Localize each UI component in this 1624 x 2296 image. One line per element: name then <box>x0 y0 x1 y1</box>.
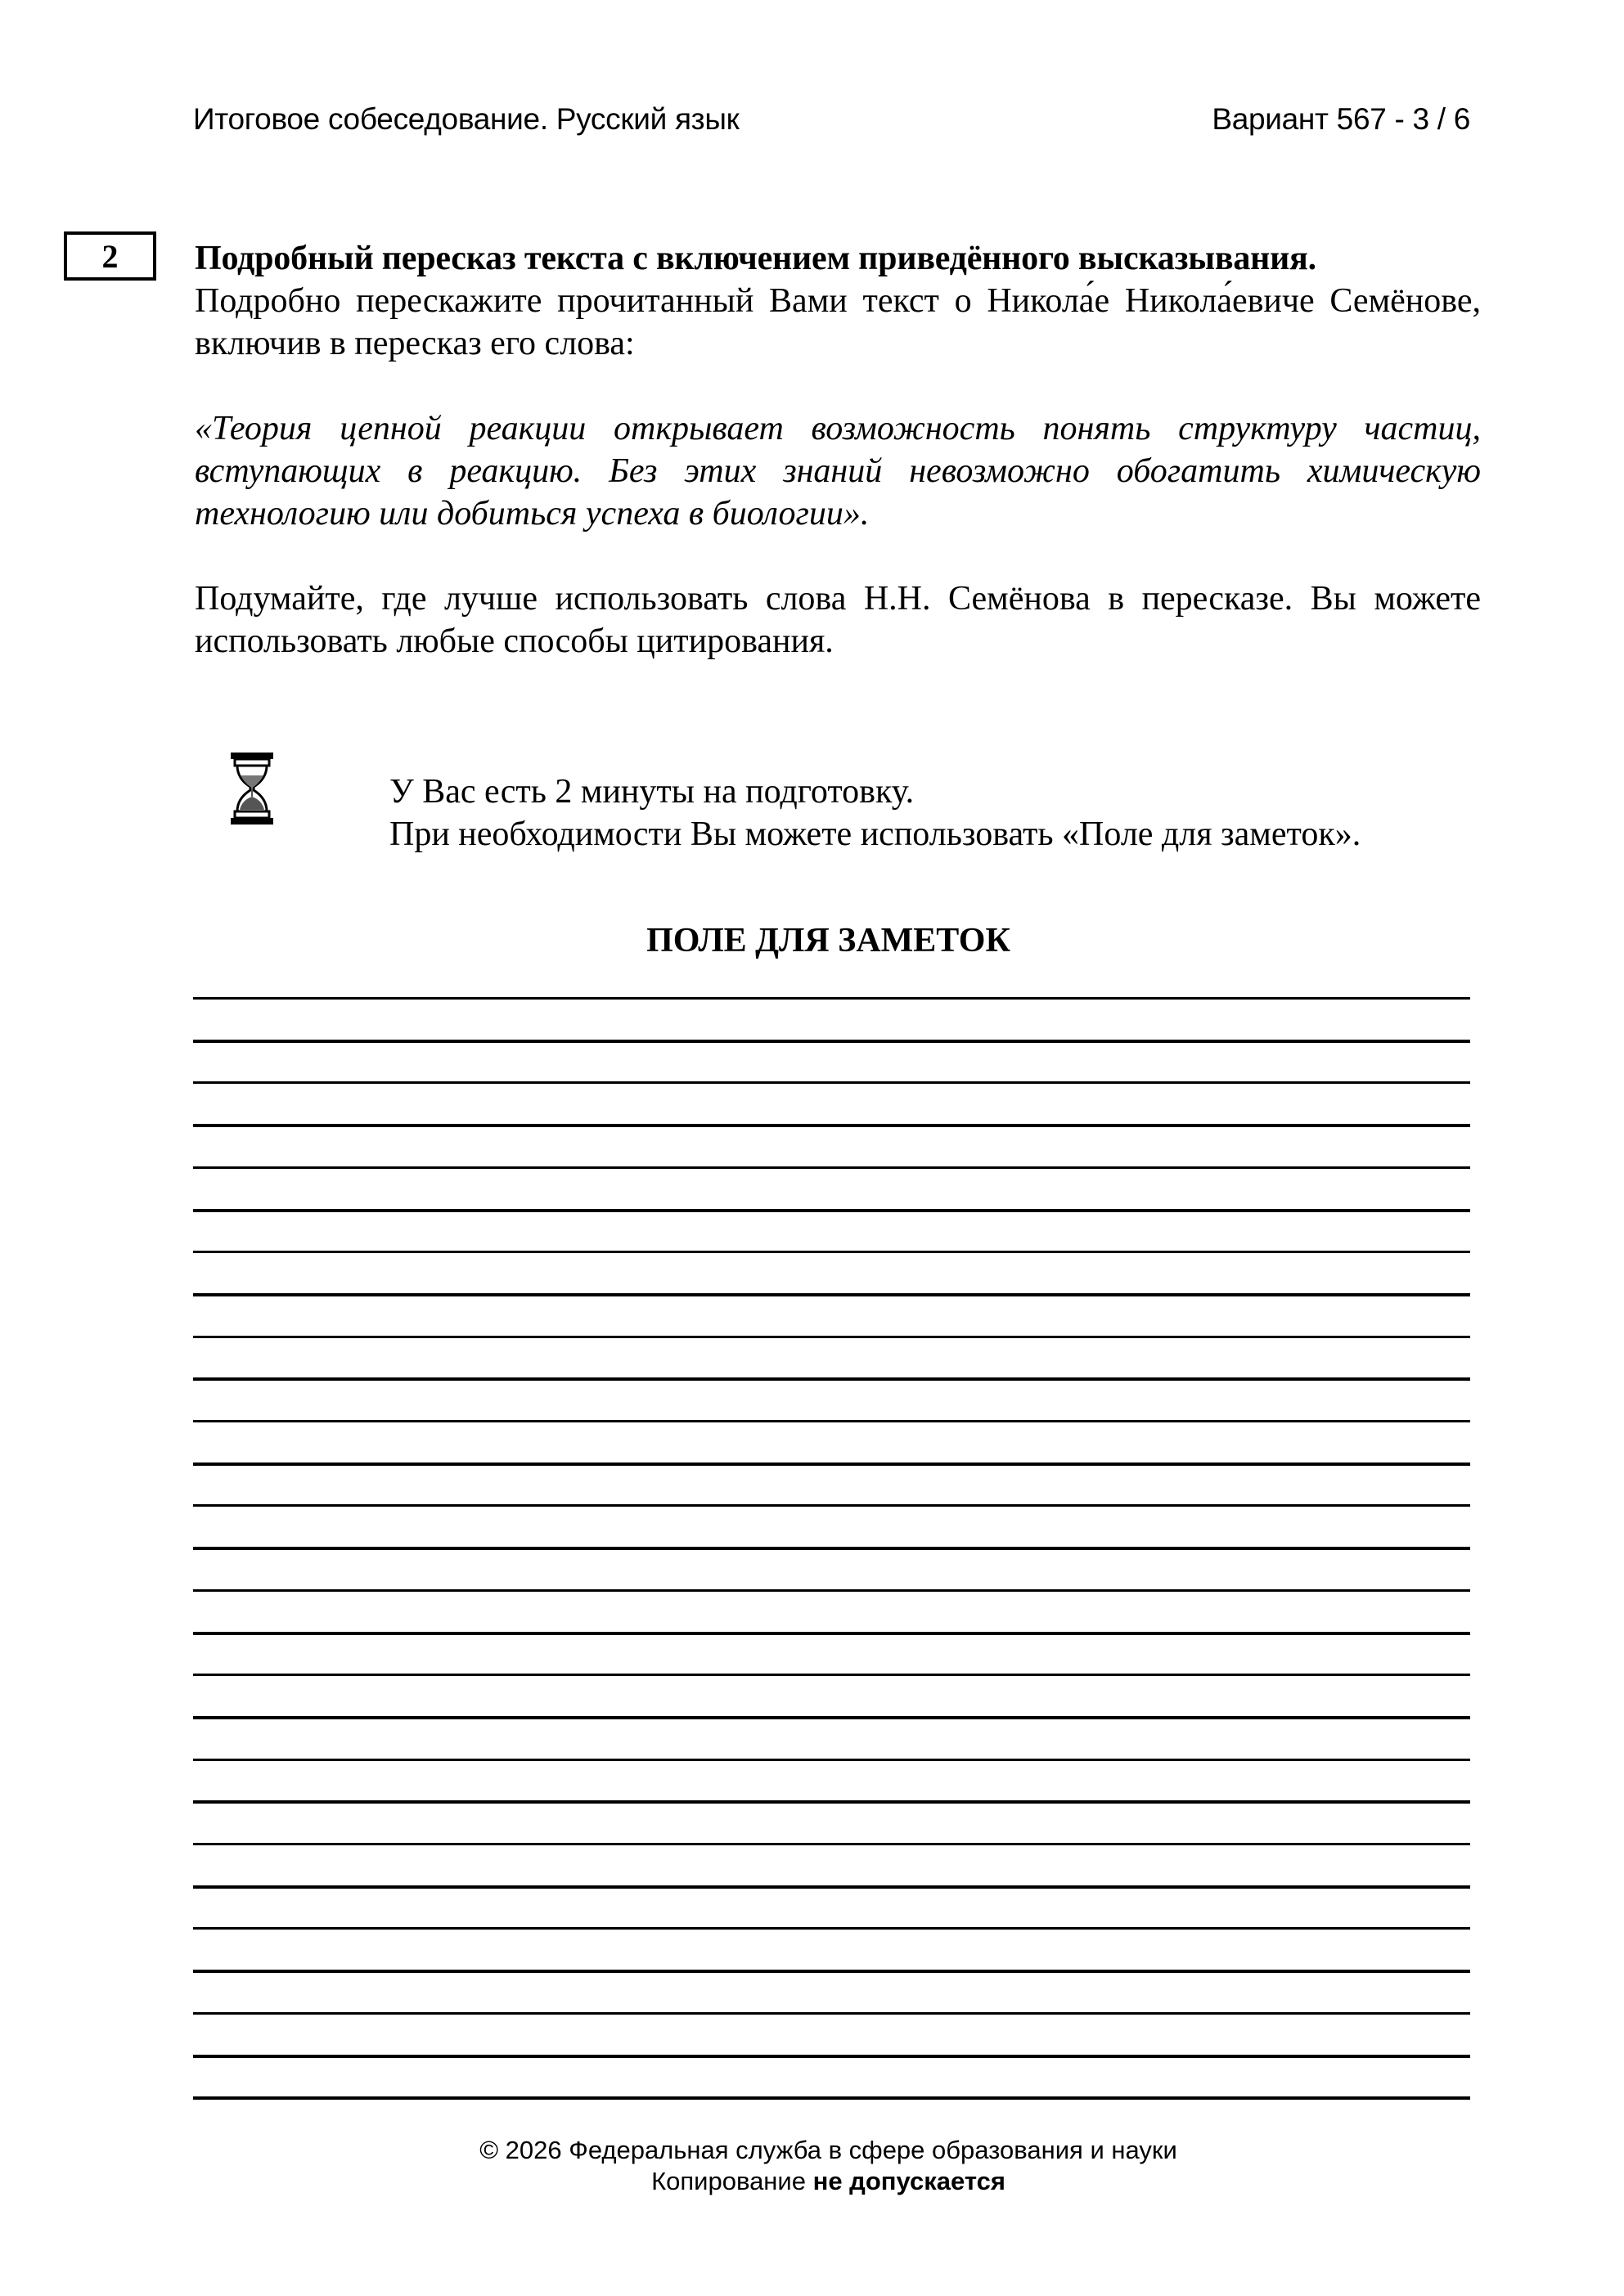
page-header: Итоговое собеседование. Русский язык Вар… <box>193 101 1470 137</box>
note-line[interactable] <box>193 1759 1470 1761</box>
task-title: Подробный пересказ текста с включением п… <box>195 237 1481 280</box>
task-hint: Подумайте, где лучше использовать слова … <box>195 577 1481 663</box>
note-line[interactable] <box>193 997 1470 1000</box>
note-line[interactable] <box>193 1843 1470 1845</box>
task-body: Подробный пересказ текста с включением п… <box>195 237 1481 663</box>
note-line[interactable] <box>193 1293 1470 1296</box>
note-line[interactable] <box>193 1336 1470 1338</box>
note-line[interactable] <box>193 1420 1470 1422</box>
preparation-notes-hint: При необходимости Вы можете использовать… <box>389 813 1361 856</box>
note-line[interactable] <box>193 1589 1470 1592</box>
note-line[interactable] <box>193 1081 1470 1084</box>
note-line[interactable] <box>193 1377 1470 1381</box>
preparation-block: У Вас есть 2 минуты на подготовку. При н… <box>229 751 1361 856</box>
note-line[interactable] <box>193 1504 1470 1507</box>
notes-title: ПОЛЕ ДЛЯ ЗАМЕТОК <box>0 919 1624 962</box>
note-line[interactable] <box>193 1166 1470 1169</box>
variant-page-number: Вариант 567 - 3 / 6 <box>1212 101 1470 137</box>
note-line[interactable] <box>193 1463 1470 1466</box>
task-number: 2 <box>102 237 119 276</box>
page-footer: © 2026 Федеральная служба в сфере образо… <box>0 2135 1624 2197</box>
document-title: Итоговое собеседование. Русский язык <box>193 101 740 137</box>
task-number-box: 2 <box>64 231 156 281</box>
hourglass-icon <box>229 751 278 826</box>
note-line[interactable] <box>193 1800 1470 1804</box>
note-line[interactable] <box>193 1927 1470 1930</box>
note-line[interactable] <box>193 1632 1470 1635</box>
note-line[interactable] <box>193 1251 1470 1253</box>
note-line[interactable] <box>193 1674 1470 1676</box>
preparation-time: У Вас есть 2 минуты на подготовку. <box>389 771 1361 813</box>
note-line[interactable] <box>193 2055 1470 2058</box>
copy-notice-bold: не допускается <box>813 2167 1005 2195</box>
copy-notice: Копирование не допускается <box>33 2166 1624 2197</box>
note-line[interactable] <box>193 2096 1470 2100</box>
note-line[interactable] <box>193 1970 1470 1973</box>
copyright-text: © 2026 Федеральная служба в сфере образо… <box>33 2135 1624 2166</box>
preparation-text: У Вас есть 2 минуты на подготовку. При н… <box>389 771 1361 856</box>
copy-notice-prefix: Копирование <box>651 2167 813 2195</box>
note-line[interactable] <box>193 1124 1470 1127</box>
task-quote: «Теория цепной реакции открывает возможн… <box>195 407 1481 535</box>
task-intro: Подробно перескажите прочитанный Вами те… <box>195 280 1481 365</box>
note-line[interactable] <box>193 1040 1470 1043</box>
note-line[interactable] <box>193 1547 1470 1550</box>
note-line[interactable] <box>193 1209 1470 1212</box>
note-line[interactable] <box>193 2012 1470 2015</box>
note-line[interactable] <box>193 1716 1470 1719</box>
note-line[interactable] <box>193 1885 1470 1889</box>
